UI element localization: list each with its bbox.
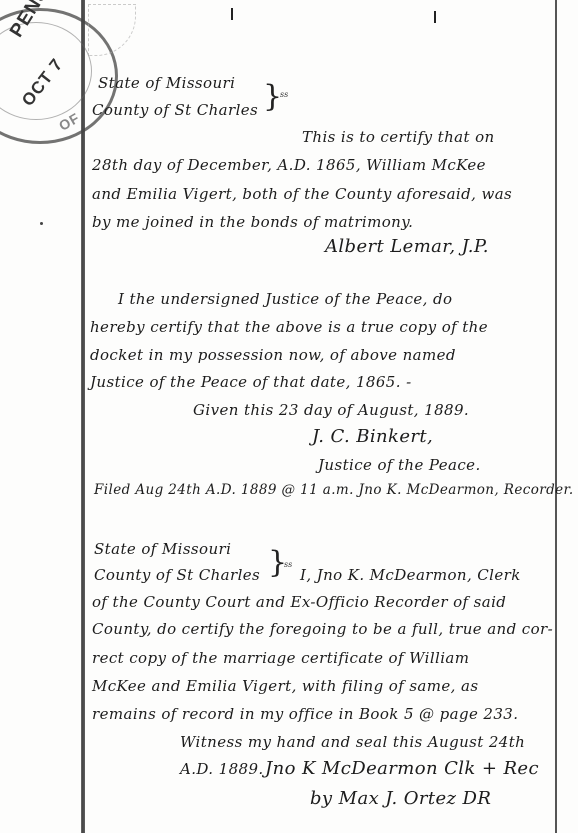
heading-state: State of Missouri bbox=[98, 76, 235, 91]
recorder-line: remains of record in my office in Book 5… bbox=[92, 707, 518, 722]
heading-county: County of St Charles bbox=[94, 568, 260, 583]
certificate-line: and Emilia Vigert, both of the County af… bbox=[92, 187, 512, 202]
document-page: PENSI OCT 7 OF State of Missouri County … bbox=[0, 0, 578, 833]
page-mark bbox=[434, 11, 436, 23]
recorder-line: I, Jno K. McDearmon, Clerk bbox=[300, 568, 521, 583]
ink-speck bbox=[40, 222, 43, 225]
filed-line: Filed Aug 24th A.D. 1889 @ 11 a.m. Jno K… bbox=[94, 484, 574, 498]
recorder-line: County, do certify the foregoing to be a… bbox=[92, 622, 553, 637]
recorder-line: Witness my hand and seal this August 24t… bbox=[180, 735, 525, 750]
page-mark bbox=[231, 8, 233, 20]
stamp-faint-impression bbox=[88, 4, 136, 56]
justice-signature: J. C. Binkert, bbox=[312, 428, 433, 446]
heading-state: State of Missouri bbox=[94, 542, 231, 557]
heading-county: County of St Charles bbox=[92, 103, 258, 118]
recorder-line: A.D. 1889. bbox=[180, 762, 264, 777]
recorder-line: of the County Court and Ex-Officio Recor… bbox=[92, 595, 506, 610]
certification-line: hereby certify that the above is a true … bbox=[90, 320, 488, 335]
right-margin-rule bbox=[555, 0, 557, 833]
given-date-line: Given this 23 day of August, 1889. bbox=[193, 403, 469, 418]
certification-line: Justice of the Peace of that date, 1865.… bbox=[90, 375, 412, 390]
ss-mark: ss bbox=[280, 90, 288, 99]
certificate-line: This is to certify that on bbox=[302, 130, 495, 145]
certificate-line: by me joined in the bonds of matrimony. bbox=[92, 215, 413, 230]
justice-signature: Albert Lemar, J.P. bbox=[325, 238, 489, 256]
deputy-signature: by Max J. Ortez DR bbox=[310, 790, 491, 808]
justice-title: Justice of the Peace. bbox=[318, 458, 481, 473]
recorder-line: McKee and Emilia Vigert, with filing of … bbox=[92, 679, 478, 694]
ss-mark: ss bbox=[284, 560, 292, 569]
certification-line: I the undersigned Justice of the Peace, … bbox=[118, 292, 452, 307]
certification-line: docket in my possession now, of above na… bbox=[90, 348, 456, 363]
recorder-line: rect copy of the marriage certificate of… bbox=[92, 651, 469, 666]
recorder-signature: Jno K McDearmon Clk + Rec bbox=[265, 760, 539, 778]
certificate-line: 28th day of December, A.D. 1865, William… bbox=[92, 158, 486, 173]
